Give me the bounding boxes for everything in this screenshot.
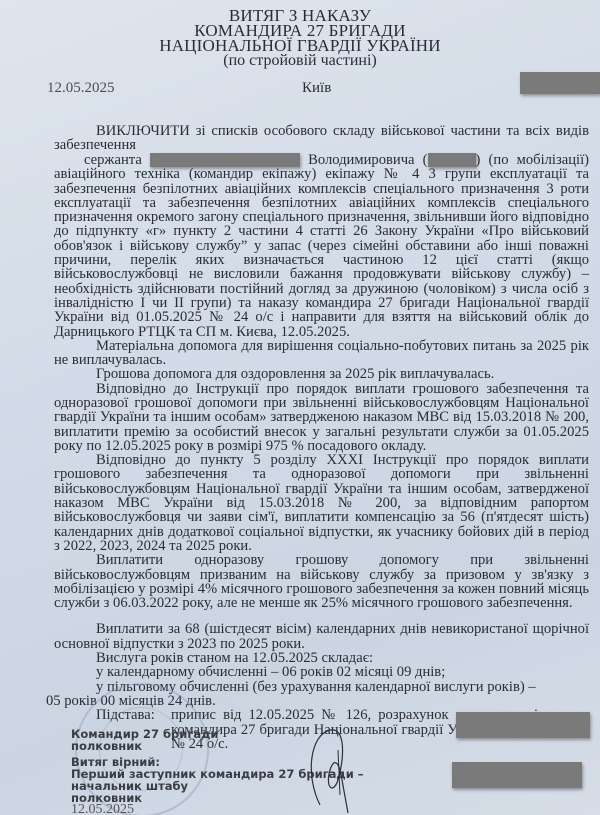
handwritten-signature <box>300 725 380 815</box>
paragraph-bonus: Відповідно до Інструкції про порядок вип… <box>54 382 589 453</box>
paragraph-one-time-payment: Виплатити одноразову грошову допомогу пр… <box>54 553 589 610</box>
commander-signature-block: Командир 27 бригади полковник <box>71 728 218 752</box>
document-header: ВИТЯГ З НАКАЗУ КОМАНДИРА 27 БРИГАДИ НАЦІ… <box>0 8 600 68</box>
service-calendar: у календарному обчисленні – 06 років 02 … <box>54 665 589 679</box>
redaction-block <box>428 153 476 167</box>
redaction-block <box>520 72 600 94</box>
header-subtitle: (по стройовій частині) <box>0 53 600 68</box>
paragraph-unused-leave: Виплатити за 68 (шістдесят вісім) календ… <box>54 622 589 651</box>
paragraph-health-aid: Грошова допомога для оздоровлення за 202… <box>54 367 589 381</box>
commander-rank: полковник <box>71 740 218 752</box>
header-title-line3: НАЦІОНАЛЬНОЇ ГВАРДІЇ УКРАЇНИ <box>0 38 600 53</box>
redaction-block <box>452 762 582 788</box>
document-body: ВИКЛЮЧИТИ зі списків особового складу ві… <box>54 124 589 751</box>
document-city: Київ <box>302 80 331 97</box>
paragraph-material-aid: Матеріальна допомога для вирішення соціа… <box>54 339 589 368</box>
redaction-block <box>150 153 300 167</box>
paragraph-compensation: Відповідно до пункту 5 розділу XXXI Інст… <box>54 453 589 553</box>
service-intro: Вислуга років станом на 12.05.2025 склад… <box>54 651 589 665</box>
paragraph-person: сержанта Володимировича () (по мобілізац… <box>54 153 589 339</box>
redaction-block <box>456 712 590 738</box>
document-date: 12.05.2025 <box>47 80 115 97</box>
paragraph-exclude: ВИКЛЮЧИТИ зі списків особового складу ві… <box>54 124 589 153</box>
document-page: ВИТЯГ З НАКАЗУ КОМАНДИРА 27 БРИГАДИ НАЦІ… <box>0 0 600 815</box>
